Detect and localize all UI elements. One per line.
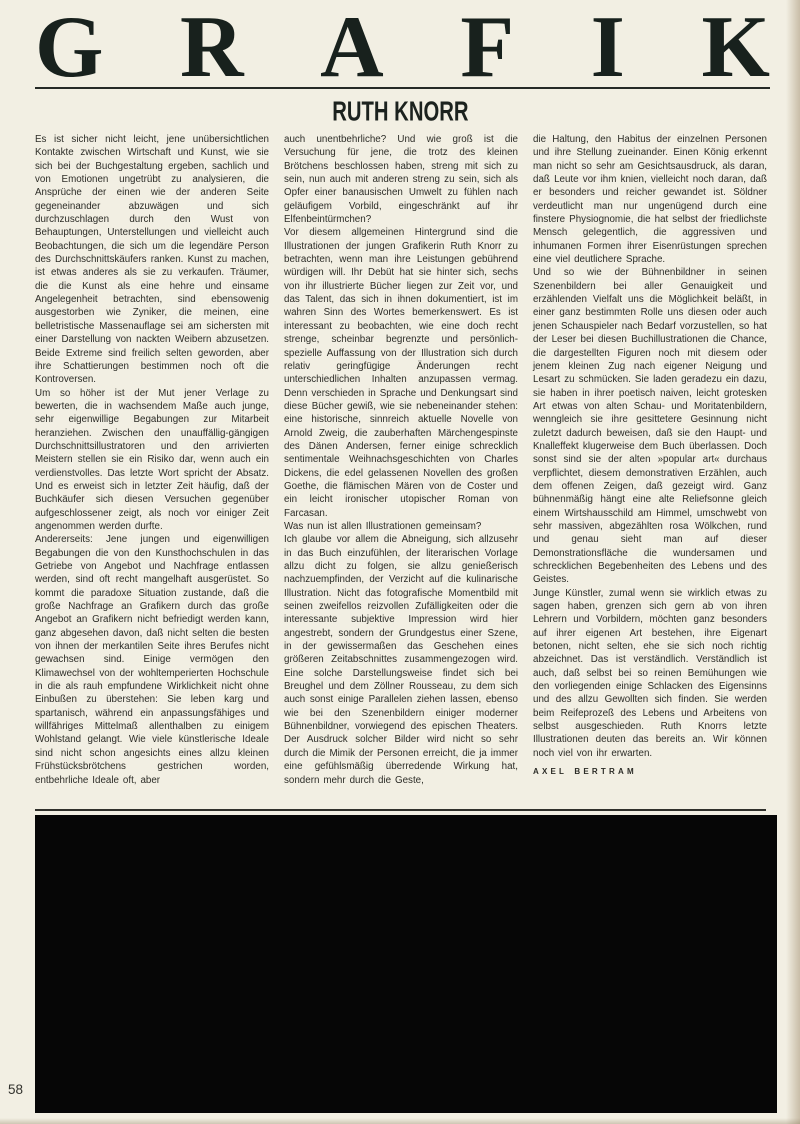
masthead-letter: R: [180, 15, 244, 82]
paragraph: Junge Künstler, zumal wenn sie wirklich …: [533, 587, 767, 760]
paragraph: Um so höher ist der Mut jener Verlage zu…: [35, 387, 269, 534]
masthead-letter: I: [591, 15, 625, 82]
paragraph: Es ist sicher nicht leicht, jene unübers…: [35, 133, 269, 387]
masthead-letter: G: [35, 15, 103, 82]
article-heading: RUTH KNORR: [0, 96, 800, 124]
magazine-page: G R A F I K RUTH KNORR Es ist sicher nic…: [0, 0, 800, 1124]
column-3: die Haltung, den Habitus der einzelnen P…: [533, 133, 767, 805]
page-number: 58: [8, 1082, 23, 1097]
paragraph: die Haltung, den Habitus der einzelnen P…: [533, 133, 767, 266]
illustration-top-rule: [35, 809, 766, 811]
article-body: Es ist sicher nicht leicht, jene unübers…: [35, 133, 767, 805]
masthead-rule: [35, 87, 770, 89]
paragraph: Was nun ist allen Illustrationen gemeins…: [284, 520, 518, 533]
column-2: auch unentbehrliche? Und wie groß ist di…: [284, 133, 518, 805]
paragraph: Vor diesem allgemeinen Hintergrund sind …: [284, 226, 518, 520]
author-byline: AXEL BERTRAM: [533, 765, 767, 778]
masthead-letter: F: [460, 15, 514, 82]
masthead: G R A F I K: [0, 0, 800, 89]
paragraph: Andererseits: Jene jungen und eigenwilli…: [35, 533, 269, 787]
masthead-title-grafik: G R A F I K: [35, 16, 770, 82]
masthead-letter: K: [701, 15, 769, 82]
scan-edge-shadow-right: [786, 0, 800, 1124]
paragraph: auch unentbehrliche? Und wie groß ist di…: [284, 133, 518, 226]
paragraph: Und so wie der Bühnenbildner in seinen S…: [533, 266, 767, 586]
article-title: RUTH KNORR: [332, 95, 468, 128]
masthead-letter: A: [320, 15, 384, 82]
paragraph: Ich glaube vor allem die Abneigung, sich…: [284, 533, 518, 787]
column-1: Es ist sicher nicht leicht, jene unübers…: [35, 133, 269, 805]
scan-edge-shadow-bottom: [0, 1118, 800, 1124]
illustration-black-image: [35, 815, 777, 1113]
